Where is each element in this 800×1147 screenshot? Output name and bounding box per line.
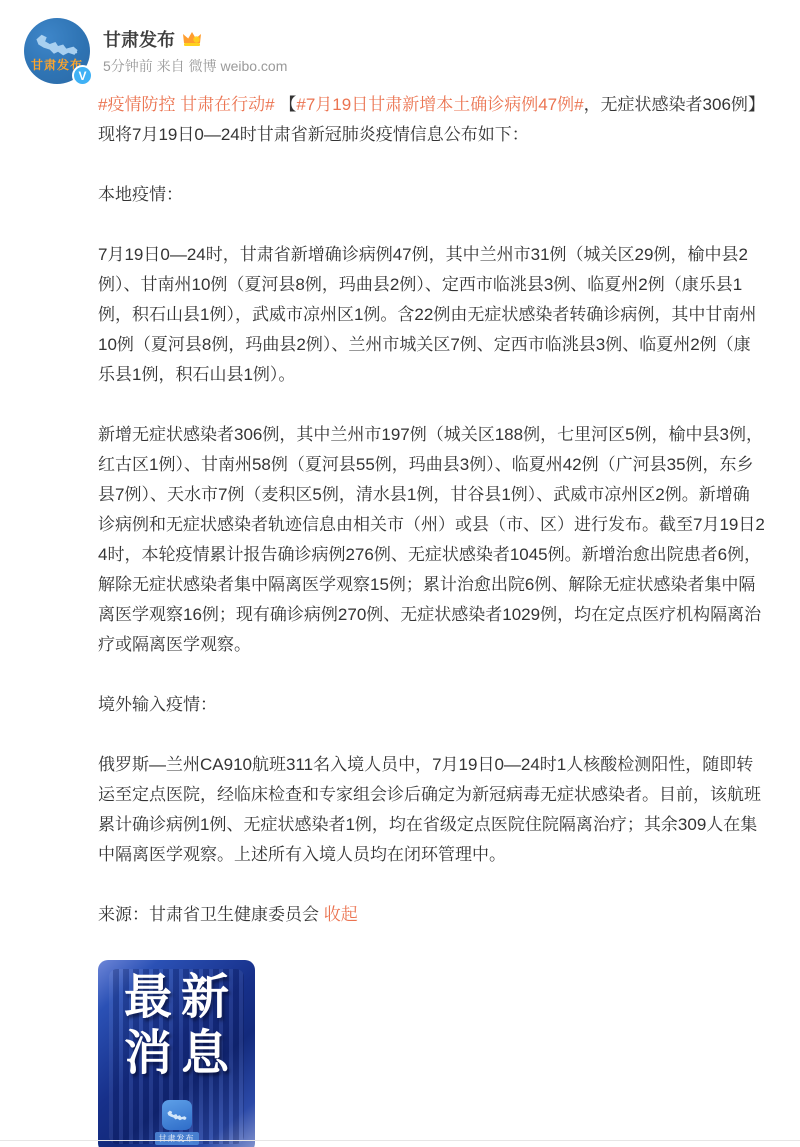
post-header: 甘肃发布 V 甘肃发布 5分钟前 来自 微博 weibo.com <box>24 18 770 88</box>
hashtag-epidemic-control[interactable]: #疫情防控 甘肃在行动# <box>98 95 275 114</box>
username-link[interactable]: 甘肃发布 <box>103 26 175 52</box>
post-timestamp[interactable]: 5分钟前 来自 微博 weibo.com <box>103 56 287 76</box>
card-headline-line2: 消息 <box>107 1026 255 1082</box>
card-logo-label: 甘肃发布 <box>155 1132 199 1145</box>
heading-local-epidemic: 本地疫情： <box>98 180 765 210</box>
card-logo-icon <box>162 1100 192 1130</box>
paragraph-local-asymptomatic: 新增无症状感染者306例，其中兰州市197例（城关区188例，七里河区5例，榆中… <box>98 420 765 660</box>
card-gansu-map-icon <box>165 1107 189 1123</box>
post-image-news-card[interactable]: 最新 消息 甘肃发布 <box>98 960 255 1147</box>
card-logo-wrap: 甘肃发布 <box>98 1100 255 1145</box>
verified-badge-icon: V <box>72 65 93 86</box>
paragraph-local-confirmed: 7月19日0—24时，甘肃省新增确诊病例47例，其中兰州市31例（城关区29例，… <box>98 240 765 390</box>
lead-paragraph: #疫情防控 甘肃在行动# 【#7月19日甘肃新增本土确诊病例47例#，无症状感染… <box>98 90 765 150</box>
heading-imported-epidemic: 境外输入疫情： <box>98 690 765 720</box>
post-separator <box>0 1140 800 1141</box>
lead-separator: 【 <box>275 95 297 114</box>
source-label: 来源：甘肃省卫生健康委员会 <box>98 905 324 924</box>
post-content: #疫情防控 甘肃在行动# 【#7月19日甘肃新增本土确诊病例47例#，无症状感染… <box>98 90 765 1147</box>
vip-crown-icon <box>182 31 202 47</box>
card-headline: 最新 消息 <box>98 970 255 1082</box>
card-headline-line1: 最新 <box>107 970 255 1026</box>
collapse-link[interactable]: 收起 <box>324 905 358 924</box>
source-line: 来源：甘肃省卫生健康委员会 收起 <box>98 900 765 930</box>
avatar[interactable]: 甘肃发布 V <box>24 18 90 84</box>
paragraph-imported: 俄罗斯—兰州CA910航班311名入境人员中，7月19日0—24时1人核酸检测阳… <box>98 750 765 870</box>
hashtag-new-cases[interactable]: #7月19日甘肃新增本土确诊病例47例# <box>296 95 583 114</box>
